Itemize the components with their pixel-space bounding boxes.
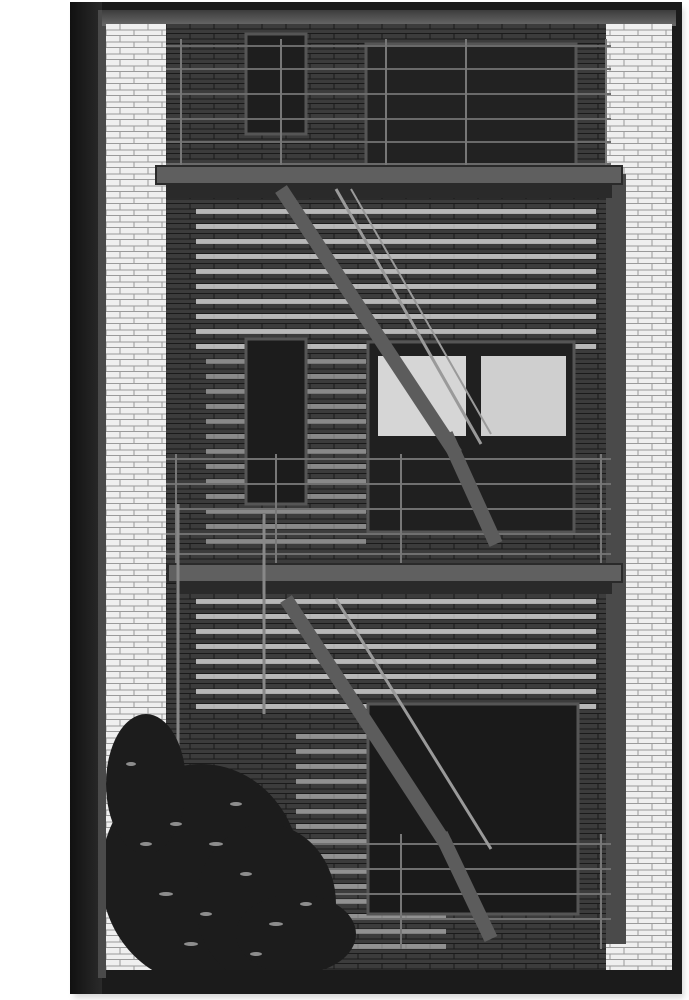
frame-inner-left	[98, 10, 106, 978]
fire-escape-scene	[106, 24, 672, 970]
photograph	[106, 24, 672, 970]
